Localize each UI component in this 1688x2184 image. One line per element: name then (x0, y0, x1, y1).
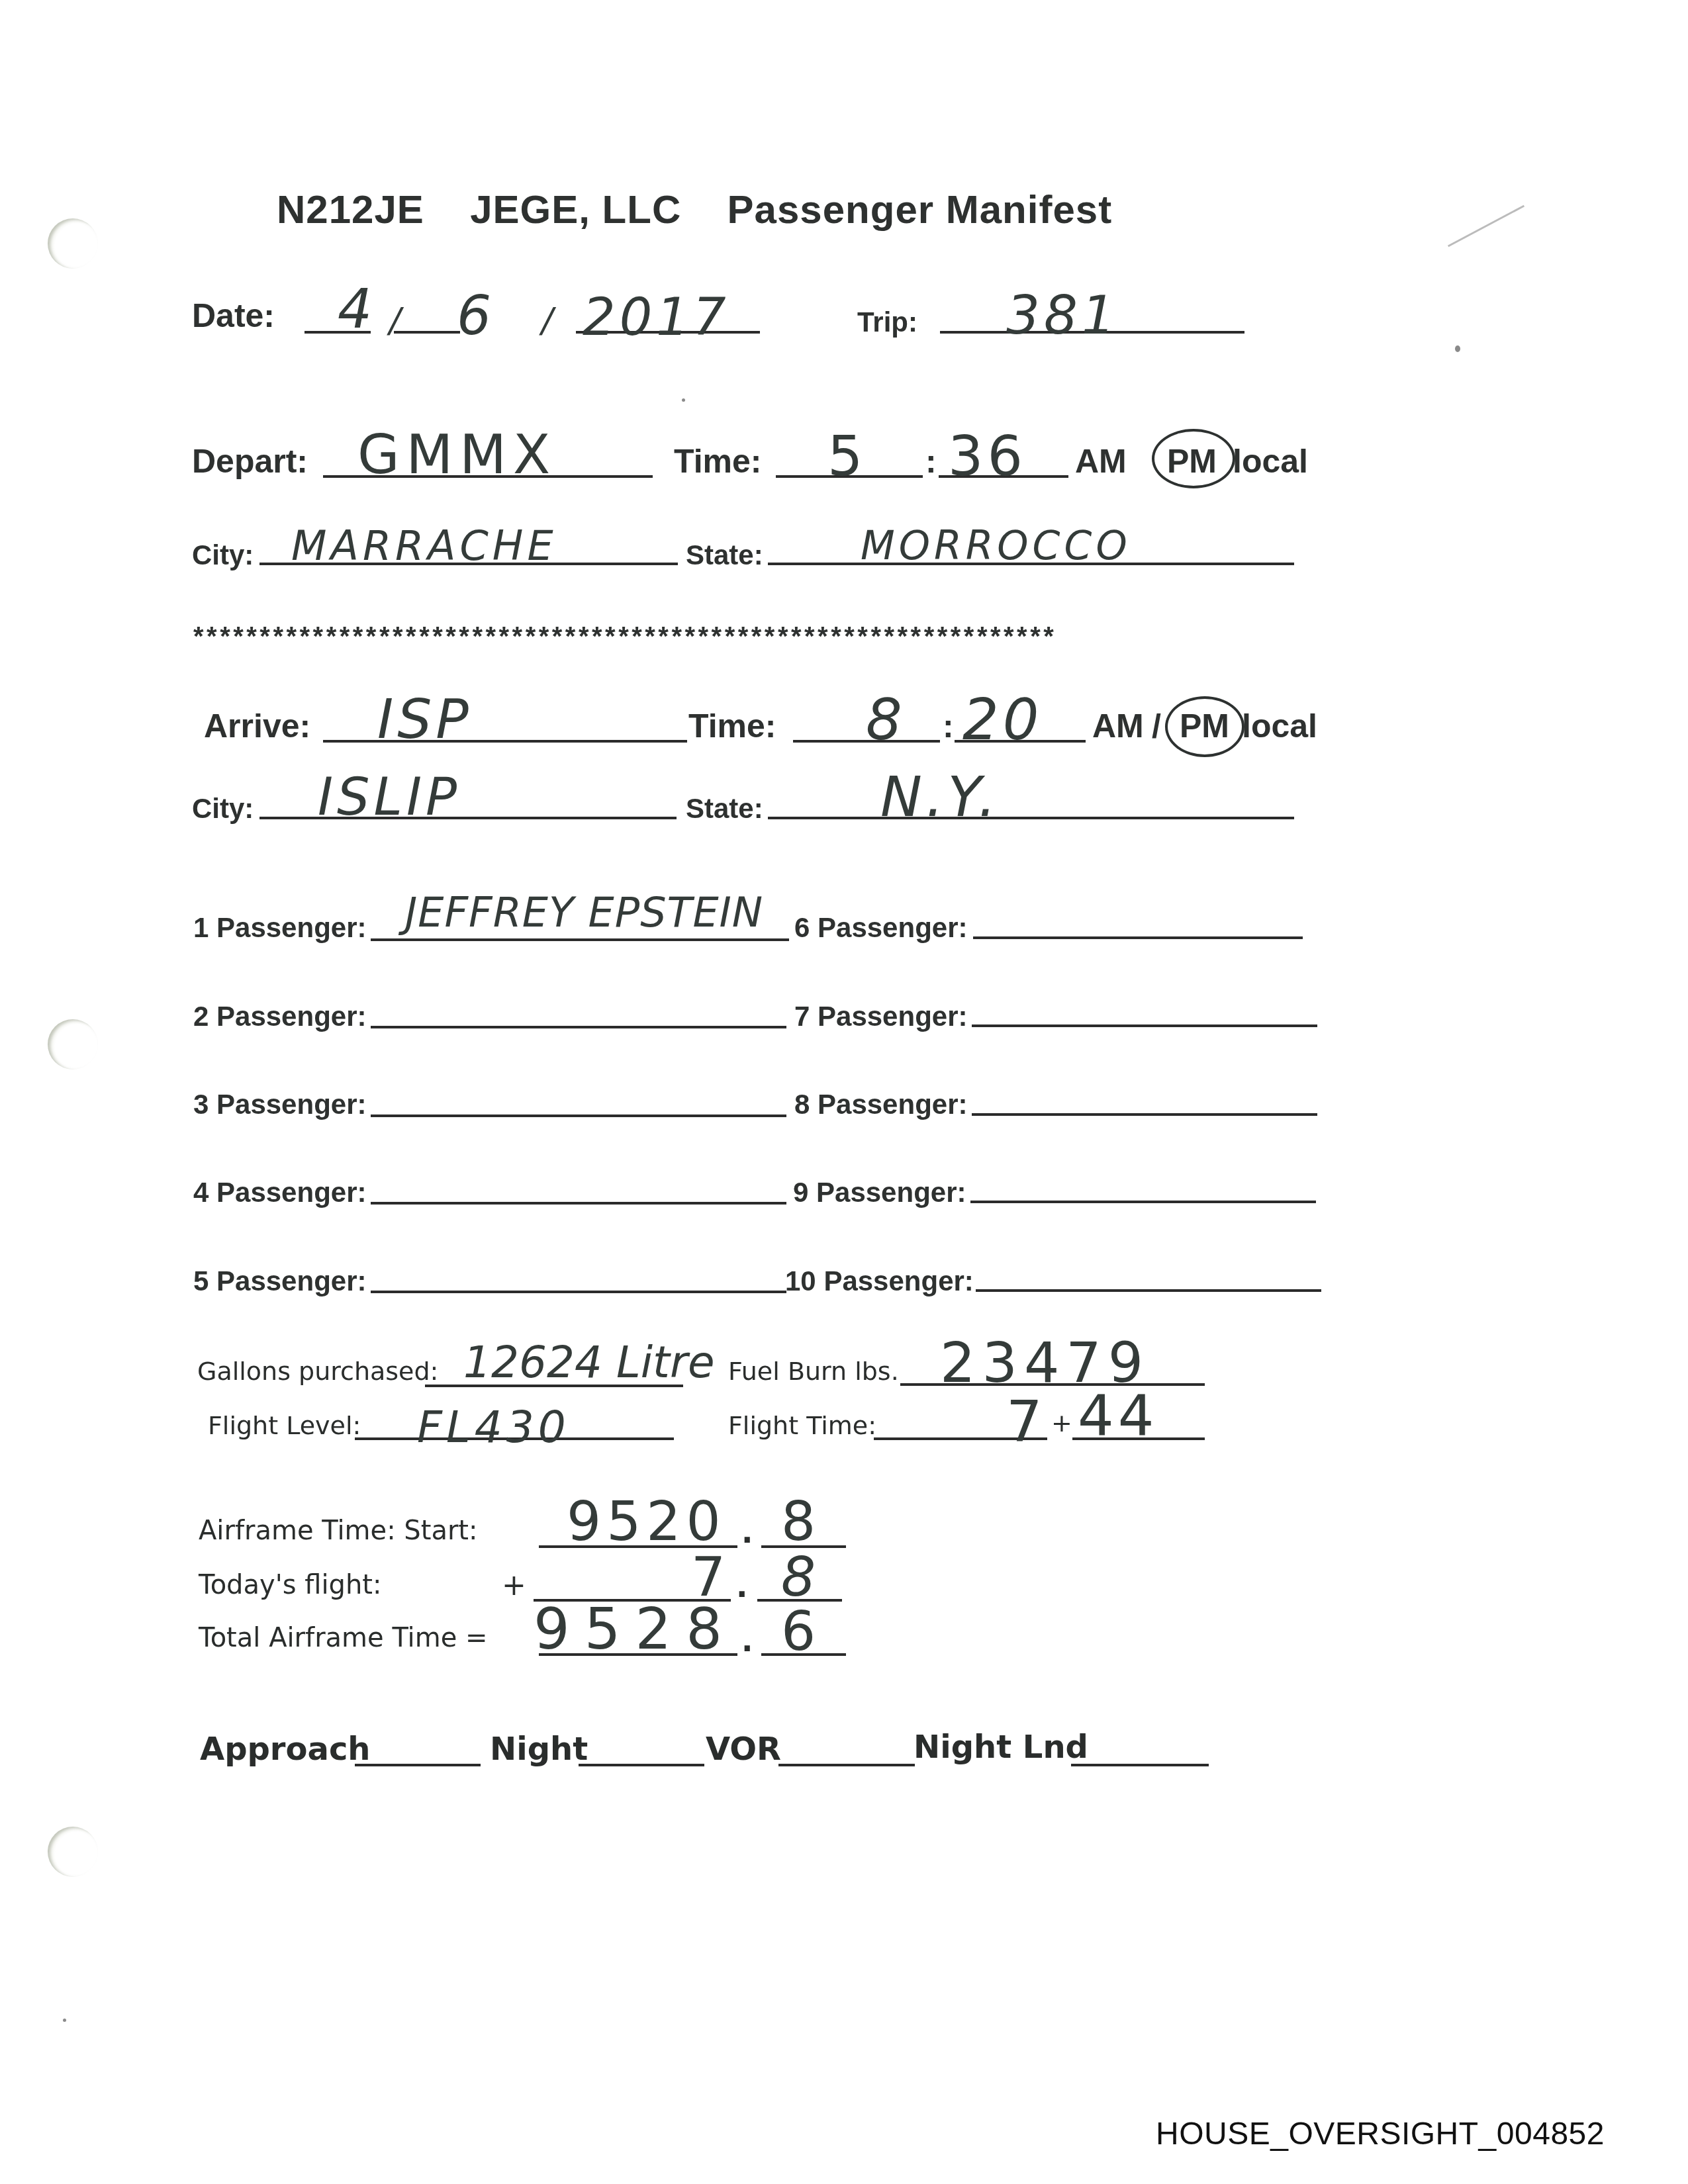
passenger-2-field[interactable] (371, 1026, 786, 1028)
arrive-local-label: local (1242, 707, 1317, 745)
passenger-5-label: 5 Passenger: (193, 1265, 366, 1297)
passenger-6-field[interactable] (973, 936, 1303, 939)
arrive-pm-selected-circle (1165, 696, 1244, 757)
passenger-3-label: 3 Passenger: (193, 1089, 366, 1120)
arrive-airport-value: ISP (377, 688, 473, 751)
arrive-state-value: N.Y. (880, 764, 1000, 829)
scan-mark (1448, 205, 1524, 248)
time-colon: : (943, 707, 954, 745)
depart-pm-selected-circle (1152, 429, 1235, 488)
time-colon: : (925, 442, 937, 480)
arrive-ampm-slash: / (1152, 707, 1161, 745)
arrive-minute-value: 20 (962, 687, 1043, 753)
passenger-8-label: 8 Passenger: (794, 1089, 967, 1120)
company-name: JEGE, LLC (470, 187, 681, 232)
depart-state-label: State: (686, 539, 763, 571)
depart-city-label: City: (192, 539, 254, 571)
tail-number: N212JE (277, 187, 424, 232)
flight-time-plus: + (1051, 1408, 1072, 1437)
arrive-city-value: ISLIP (318, 768, 461, 827)
passenger-6-label: 6 Passenger: (794, 912, 967, 944)
trip-value: 381 (1006, 285, 1119, 346)
passenger-8-field[interactable] (972, 1113, 1317, 1116)
passenger-9-label: 9 Passenger: (793, 1177, 966, 1208)
punch-hole-top (48, 218, 98, 269)
arrive-state-label: State: (686, 793, 763, 825)
depart-local-label: local (1233, 442, 1308, 480)
airframe-start-whole-value: 9520 (567, 1490, 726, 1553)
scan-speck (682, 398, 685, 402)
passenger-9-field[interactable] (970, 1201, 1316, 1203)
night-label: Night (490, 1731, 588, 1768)
date-day-field[interactable] (394, 331, 460, 334)
airframe-decimal-point: . (736, 1569, 747, 1604)
depart-airport-value: GMMX (357, 424, 557, 486)
airframe-start-label: Airframe Time: Start: (199, 1516, 478, 1546)
punch-hole-middle (48, 1019, 98, 1069)
todays-flight-tenth-value: 8 (781, 1546, 820, 1609)
night-lnd-label: Night Lnd (914, 1729, 1088, 1766)
approach-label: Approach (200, 1731, 371, 1768)
date-month-value: 4 (338, 278, 376, 341)
depart-minute-value: 36 (948, 424, 1027, 488)
bates-number: HOUSE_OVERSIGHT_004852 (1156, 2116, 1605, 2152)
passenger-7-field[interactable] (972, 1024, 1317, 1027)
depart-state-value: MORROCCO (861, 523, 1131, 569)
total-airframe-label: Total Airframe Time = (199, 1623, 488, 1653)
vor-label: VOR (706, 1731, 781, 1768)
flight-level-value: FL430 (417, 1402, 570, 1453)
passenger-1-name: JEFFREY EPSTEIN (405, 888, 763, 936)
arrive-state-field[interactable] (768, 817, 1294, 819)
arrive-label: Arrive: (204, 707, 310, 745)
depart-am-option[interactable]: AM (1075, 442, 1127, 480)
flight-time-label: Flight Time: (728, 1411, 876, 1440)
flight-time-hours-value: 7 (1006, 1388, 1047, 1455)
date-year-value: 2017 (583, 288, 730, 347)
form-title: Passenger Manifest (727, 187, 1113, 232)
passenger-10-field[interactable] (976, 1289, 1321, 1292)
fuel-burn-label: Fuel Burn lbs. (728, 1357, 899, 1386)
passenger-1-field[interactable] (371, 938, 789, 941)
date-label: Date: (192, 296, 275, 335)
todays-flight-plus: + (502, 1569, 526, 1602)
passenger-2-label: 2 Passenger: (193, 1001, 366, 1032)
gallons-purchased-label: Gallons purchased: (197, 1357, 438, 1386)
depart-hour-value: 5 (827, 424, 867, 488)
night-field[interactable] (579, 1764, 704, 1766)
flight-level-label: Flight Level: (208, 1411, 361, 1440)
form-header: N212JE JEGE, LLC Passenger Manifest (277, 187, 1112, 232)
passenger-1-label: 1 Passenger: (193, 912, 366, 944)
night-lnd-field[interactable] (1071, 1764, 1209, 1766)
punch-hole-bottom (48, 1827, 98, 1877)
airframe-decimal-point: . (741, 1514, 753, 1550)
section-divider: ****************************************… (193, 622, 1056, 652)
date-separator: / (389, 301, 405, 341)
passenger-5-field[interactable] (371, 1291, 786, 1293)
passenger-3-field[interactable] (371, 1115, 786, 1117)
approach-field[interactable] (355, 1764, 481, 1766)
depart-time-label: Time: (674, 442, 761, 480)
airframe-start-tenth-value: 8 (781, 1490, 820, 1553)
date-separator: / (541, 301, 557, 341)
arrive-city-label: City: (192, 793, 254, 825)
scan-speck (1455, 345, 1460, 352)
todays-flight-label: Today's flight: (199, 1570, 381, 1600)
vor-field[interactable] (778, 1764, 915, 1766)
scan-speck (63, 2019, 66, 2022)
date-day-value: 6 (457, 285, 495, 347)
arrive-time-label: Time: (688, 707, 776, 745)
arrive-hour-value: 8 (866, 687, 906, 753)
arrive-am-option[interactable]: AM (1092, 707, 1144, 745)
flight-time-minutes-value: 44 (1078, 1383, 1158, 1449)
total-airframe-whole-value: 9528 (534, 1596, 737, 1662)
passenger-7-label: 7 Passenger: (794, 1001, 967, 1032)
airframe-decimal-point: . (741, 1623, 753, 1659)
total-airframe-tenth-value: 6 (781, 1600, 820, 1663)
depart-label: Depart: (192, 442, 308, 480)
trip-label: Trip: (857, 306, 917, 338)
passenger-4-field[interactable] (371, 1202, 786, 1205)
passenger-10-label: 10 Passenger: (785, 1265, 974, 1297)
depart-city-value: MARRACHE (291, 522, 557, 570)
passenger-4-label: 4 Passenger: (193, 1177, 366, 1208)
gallons-purchased-value: 12624 Litre (463, 1337, 715, 1388)
